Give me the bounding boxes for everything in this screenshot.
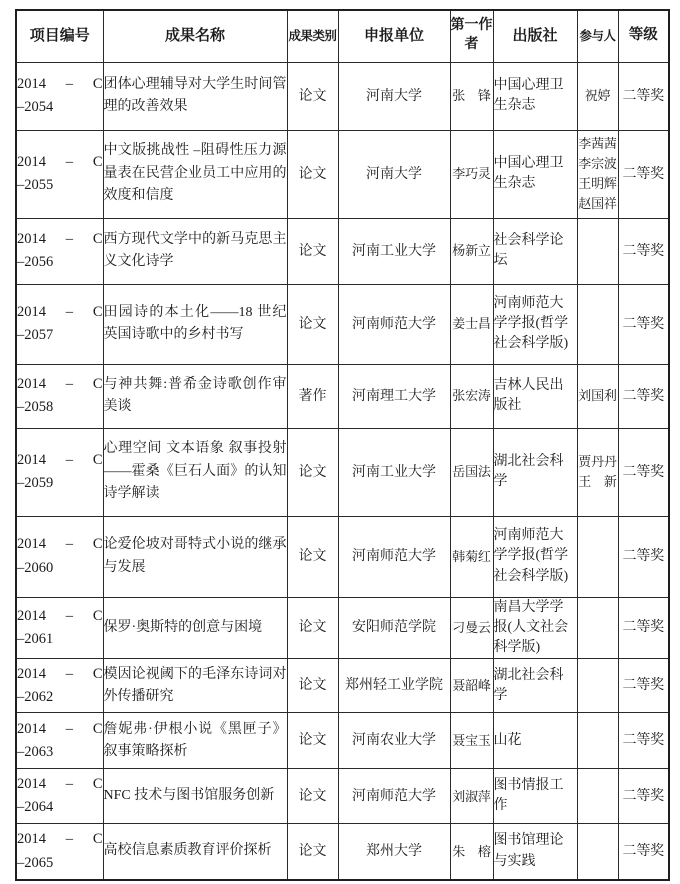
table-row: 2014–C–2063詹妮弗·伊根小说《黑匣子》叙事策略探析论文河南农业大学聂宝… bbox=[16, 713, 669, 769]
header-author: 第一作者 bbox=[450, 10, 493, 62]
header-category: 成果类别 bbox=[287, 10, 338, 62]
cell-name: NFC 技术与图书馆服务创新 bbox=[103, 769, 287, 824]
project-id-line2: –2055 bbox=[17, 174, 103, 197]
cell-name: 詹妮弗·伊根小说《黑匣子》叙事策略探析 bbox=[103, 713, 287, 769]
header-unit: 申报单位 bbox=[338, 10, 450, 62]
project-id-line1: 2014–C bbox=[17, 373, 103, 396]
table-row: 2014–C–2062模因论视阈下的毛泽东诗词对外传播研究论文郑州轻工业学院聂韶… bbox=[16, 659, 669, 713]
header-name: 成果名称 bbox=[103, 10, 287, 62]
project-id-part: C bbox=[93, 773, 103, 796]
project-id-line2: –2063 bbox=[17, 741, 103, 764]
cell-publisher: 河南师范大学学报(哲学社会科学版) bbox=[493, 516, 577, 597]
project-id-part: C bbox=[93, 449, 103, 472]
project-id-line1: 2014–C bbox=[17, 605, 103, 628]
project-id-line1: 2014–C bbox=[17, 533, 103, 556]
project-id-part: C bbox=[93, 151, 103, 174]
cell-author: 韩菊红 bbox=[450, 516, 493, 597]
project-id-line1: 2014–C bbox=[17, 663, 103, 686]
cell-grade: 二等奖 bbox=[618, 824, 669, 880]
project-id-line1: 2014–C bbox=[17, 773, 103, 796]
participant-name: 祝婷 bbox=[578, 86, 618, 106]
table-row: 2014–C–2058与神共舞:普希金诗歌创作审美谈著作河南理工大学张宏涛吉林人… bbox=[16, 364, 669, 428]
table-row: 2014–C–2055中文版挑战性 –阻碍性压力源量表在民营企业员工中应用的效度… bbox=[16, 130, 669, 218]
project-id-part: 2014 bbox=[17, 533, 46, 556]
cell-id: 2014–C–2054 bbox=[16, 62, 103, 130]
cell-grade: 二等奖 bbox=[618, 659, 669, 713]
cell-author: 刁曼云 bbox=[450, 597, 493, 659]
project-id-part: 2014 bbox=[17, 773, 46, 796]
table-row: 2014–C–2054团体心理辅导对大学生时间管理的改善效果论文河南大学张 锋中… bbox=[16, 62, 669, 130]
cell-publisher: 湖北社会科学 bbox=[493, 428, 577, 516]
cell-unit: 河南工业大学 bbox=[338, 218, 450, 284]
cell-name: 与神共舞:普希金诗歌创作审美谈 bbox=[103, 364, 287, 428]
cell-publisher: 图书情报工作 bbox=[493, 769, 577, 824]
cell-publisher: 河南师范大学学报(哲学社会科学版) bbox=[493, 284, 577, 364]
header-id: 项目编号 bbox=[16, 10, 103, 62]
project-id-part: – bbox=[66, 151, 73, 174]
table-row: 2014–C–2061保罗·奥斯特的创意与困境论文安阳师范学院刁曼云南昌大学学报… bbox=[16, 597, 669, 659]
cell-category: 论文 bbox=[287, 218, 338, 284]
cell-category: 著作 bbox=[287, 364, 338, 428]
project-id-part: 2014 bbox=[17, 605, 46, 628]
cell-participants: 刘国利 bbox=[577, 364, 618, 428]
table-header: 项目编号成果名称成果类别申报单位第一作者出版社参与人等级 bbox=[16, 10, 669, 62]
cell-unit: 河南农业大学 bbox=[338, 713, 450, 769]
cell-name: 保罗·奥斯特的创意与困境 bbox=[103, 597, 287, 659]
cell-unit: 安阳师范学院 bbox=[338, 597, 450, 659]
cell-publisher: 吉林人民出版社 bbox=[493, 364, 577, 428]
cell-id: 2014–C–2060 bbox=[16, 516, 103, 597]
cell-grade: 二等奖 bbox=[618, 428, 669, 516]
project-id-part: C bbox=[93, 228, 103, 251]
cell-participants bbox=[577, 769, 618, 824]
cell-participants bbox=[577, 218, 618, 284]
cell-author: 杨新立 bbox=[450, 218, 493, 284]
cell-author: 姜士昌 bbox=[450, 284, 493, 364]
cell-id: 2014–C–2063 bbox=[16, 713, 103, 769]
cell-category: 论文 bbox=[287, 713, 338, 769]
project-id-part: 2014 bbox=[17, 828, 46, 851]
cell-id: 2014–C–2055 bbox=[16, 130, 103, 218]
cell-participants: 祝婷 bbox=[577, 62, 618, 130]
cell-id: 2014–C–2062 bbox=[16, 659, 103, 713]
project-id-line1: 2014–C bbox=[17, 449, 103, 472]
cell-unit: 河南工业大学 bbox=[338, 428, 450, 516]
project-id-line1: 2014–C bbox=[17, 828, 103, 851]
cell-grade: 二等奖 bbox=[618, 364, 669, 428]
cell-publisher: 山花 bbox=[493, 713, 577, 769]
cell-unit: 河南理工大学 bbox=[338, 364, 450, 428]
project-id-line2: –2061 bbox=[17, 628, 103, 651]
project-id-part: – bbox=[66, 773, 73, 796]
cell-participants bbox=[577, 284, 618, 364]
cell-category: 论文 bbox=[287, 769, 338, 824]
project-id-line2: –2058 bbox=[17, 396, 103, 419]
cell-participants: 贾丹丹王 新 bbox=[577, 428, 618, 516]
project-id-line2: –2062 bbox=[17, 686, 103, 709]
participant-name: 王 新 bbox=[578, 472, 618, 492]
table-row: 2014–C–2059心理空间 文本语象 叙事投射 ——霍桑《巨石人面》的认知诗… bbox=[16, 428, 669, 516]
project-id-part: – bbox=[66, 373, 73, 396]
project-id-part: C bbox=[93, 828, 103, 851]
project-id-part: 2014 bbox=[17, 301, 46, 324]
table-row: 2014–C–2064NFC 技术与图书馆服务创新论文河南师范大学刘淑萍图书情报… bbox=[16, 769, 669, 824]
project-id-part: – bbox=[66, 605, 73, 628]
project-id-line1: 2014–C bbox=[17, 718, 103, 741]
cell-participants bbox=[577, 597, 618, 659]
cell-publisher: 南昌大学学报(人文社会科学版) bbox=[493, 597, 577, 659]
cell-category: 论文 bbox=[287, 284, 338, 364]
cell-grade: 二等奖 bbox=[618, 516, 669, 597]
cell-category: 论文 bbox=[287, 428, 338, 516]
cell-unit: 河南大学 bbox=[338, 130, 450, 218]
project-id-part: C bbox=[93, 718, 103, 741]
project-id-line2: –2060 bbox=[17, 557, 103, 580]
cell-author: 李巧灵 bbox=[450, 130, 493, 218]
cell-participants: 李茜茜李宗波王明辉赵国祥 bbox=[577, 130, 618, 218]
cell-id: 2014–C–2061 bbox=[16, 597, 103, 659]
cell-category: 论文 bbox=[287, 824, 338, 880]
project-id-part: – bbox=[66, 663, 73, 686]
cell-author: 张宏涛 bbox=[450, 364, 493, 428]
project-id-part: – bbox=[66, 828, 73, 851]
project-id-part: – bbox=[66, 718, 73, 741]
project-id-line1: 2014–C bbox=[17, 228, 103, 251]
cell-grade: 二等奖 bbox=[618, 769, 669, 824]
cell-name: 田园诗的本土化——18 世纪英国诗歌中的乡村书写 bbox=[103, 284, 287, 364]
project-id-part: 2014 bbox=[17, 228, 46, 251]
project-id-line1: 2014–C bbox=[17, 301, 103, 324]
participant-name: 李宗波 bbox=[578, 154, 618, 174]
cell-unit: 郑州轻工业学院 bbox=[338, 659, 450, 713]
cell-publisher: 中国心理卫生杂志 bbox=[493, 62, 577, 130]
cell-category: 论文 bbox=[287, 130, 338, 218]
cell-unit: 郑州大学 bbox=[338, 824, 450, 880]
cell-publisher: 图书馆理论与实践 bbox=[493, 824, 577, 880]
awards-table: 项目编号成果名称成果类别申报单位第一作者出版社参与人等级 2014–C–2054… bbox=[15, 9, 670, 881]
cell-name: 心理空间 文本语象 叙事投射 ——霍桑《巨石人面》的认知诗学解读 bbox=[103, 428, 287, 516]
cell-id: 2014–C–2057 bbox=[16, 284, 103, 364]
participant-name: 赵国祥 bbox=[578, 194, 618, 214]
cell-grade: 二等奖 bbox=[618, 130, 669, 218]
participant-name: 贾丹丹 bbox=[578, 452, 618, 472]
cell-name: 西方现代文学中的新马克思主义文化诗学 bbox=[103, 218, 287, 284]
cell-grade: 二等奖 bbox=[618, 713, 669, 769]
project-id-part: 2014 bbox=[17, 373, 46, 396]
cell-publisher: 湖北社会科学 bbox=[493, 659, 577, 713]
cell-publisher: 中国心理卫生杂志 bbox=[493, 130, 577, 218]
table-body: 2014–C–2054团体心理辅导对大学生时间管理的改善效果论文河南大学张 锋中… bbox=[16, 62, 669, 880]
cell-name: 团体心理辅导对大学生时间管理的改善效果 bbox=[103, 62, 287, 130]
cell-grade: 二等奖 bbox=[618, 597, 669, 659]
project-id-line1: 2014–C bbox=[17, 151, 103, 174]
cell-category: 论文 bbox=[287, 597, 338, 659]
participant-name: 刘国利 bbox=[578, 386, 618, 406]
cell-id: 2014–C–2064 bbox=[16, 769, 103, 824]
header-grade: 等级 bbox=[618, 10, 669, 62]
cell-unit: 河南师范大学 bbox=[338, 769, 450, 824]
project-id-part: 2014 bbox=[17, 151, 46, 174]
header-publisher: 出版社 bbox=[493, 10, 577, 62]
cell-category: 论文 bbox=[287, 516, 338, 597]
cell-category: 论文 bbox=[287, 659, 338, 713]
cell-grade: 二等奖 bbox=[618, 218, 669, 284]
cell-participants bbox=[577, 713, 618, 769]
project-id-line2: –2057 bbox=[17, 324, 103, 347]
project-id-part: – bbox=[66, 449, 73, 472]
cell-id: 2014–C–2058 bbox=[16, 364, 103, 428]
table-row: 2014–C–2060论爱伦坡对哥特式小说的继承与发展论文河南师范大学韩菊红河南… bbox=[16, 516, 669, 597]
cell-author: 刘淑萍 bbox=[450, 769, 493, 824]
cell-author: 聂宝玉 bbox=[450, 713, 493, 769]
project-id-line2: –2056 bbox=[17, 251, 103, 274]
project-id-line1: 2014–C bbox=[17, 73, 103, 96]
header-row: 项目编号成果名称成果类别申报单位第一作者出版社参与人等级 bbox=[16, 10, 669, 62]
cell-author: 朱 榕 bbox=[450, 824, 493, 880]
cell-id: 2014–C–2059 bbox=[16, 428, 103, 516]
participant-name: 李茜茜 bbox=[578, 134, 618, 154]
project-id-part: – bbox=[66, 301, 73, 324]
cell-grade: 二等奖 bbox=[618, 62, 669, 130]
project-id-part: 2014 bbox=[17, 73, 46, 96]
project-id-line2: –2064 bbox=[17, 796, 103, 819]
cell-id: 2014–C–2065 bbox=[16, 824, 103, 880]
project-id-part: C bbox=[93, 73, 103, 96]
participant-name: 王明辉 bbox=[578, 174, 618, 194]
project-id-part: C bbox=[93, 533, 103, 556]
cell-unit: 河南大学 bbox=[338, 62, 450, 130]
project-id-part: – bbox=[66, 533, 73, 556]
project-id-part: 2014 bbox=[17, 663, 46, 686]
cell-unit: 河南师范大学 bbox=[338, 516, 450, 597]
cell-name: 高校信息素质教育评价探析 bbox=[103, 824, 287, 880]
project-id-part: C bbox=[93, 605, 103, 628]
project-id-part: – bbox=[66, 228, 73, 251]
project-id-part: C bbox=[93, 373, 103, 396]
project-id-part: 2014 bbox=[17, 718, 46, 741]
header-participants: 参与人 bbox=[577, 10, 618, 62]
cell-author: 聂韶峰 bbox=[450, 659, 493, 713]
cell-author: 岳国法 bbox=[450, 428, 493, 516]
table-row: 2014–C–2056西方现代文学中的新马克思主义文化诗学论文河南工业大学杨新立… bbox=[16, 218, 669, 284]
project-id-part: C bbox=[93, 301, 103, 324]
cell-author: 张 锋 bbox=[450, 62, 493, 130]
cell-name: 论爱伦坡对哥特式小说的继承与发展 bbox=[103, 516, 287, 597]
cell-grade: 二等奖 bbox=[618, 284, 669, 364]
project-id-part: – bbox=[66, 73, 73, 96]
cell-unit: 河南师范大学 bbox=[338, 284, 450, 364]
table-row: 2014–C–2057田园诗的本土化——18 世纪英国诗歌中的乡村书写论文河南师… bbox=[16, 284, 669, 364]
table-row: 2014–C–2065高校信息素质教育评价探析论文郑州大学朱 榕图书馆理论与实践… bbox=[16, 824, 669, 880]
cell-name: 中文版挑战性 –阻碍性压力源量表在民营企业员工中应用的效度和信度 bbox=[103, 130, 287, 218]
project-id-part: 2014 bbox=[17, 449, 46, 472]
cell-name: 模因论视阈下的毛泽东诗词对外传播研究 bbox=[103, 659, 287, 713]
cell-participants bbox=[577, 516, 618, 597]
cell-category: 论文 bbox=[287, 62, 338, 130]
project-id-line2: –2054 bbox=[17, 96, 103, 119]
cell-id: 2014–C–2056 bbox=[16, 218, 103, 284]
project-id-line2: –2065 bbox=[17, 852, 103, 875]
project-id-line2: –2059 bbox=[17, 472, 103, 495]
cell-publisher: 社会科学论坛 bbox=[493, 218, 577, 284]
project-id-part: C bbox=[93, 663, 103, 686]
cell-participants bbox=[577, 659, 618, 713]
document-page: 项目编号成果名称成果类别申报单位第一作者出版社参与人等级 2014–C–2054… bbox=[0, 0, 680, 884]
cell-participants bbox=[577, 824, 618, 880]
